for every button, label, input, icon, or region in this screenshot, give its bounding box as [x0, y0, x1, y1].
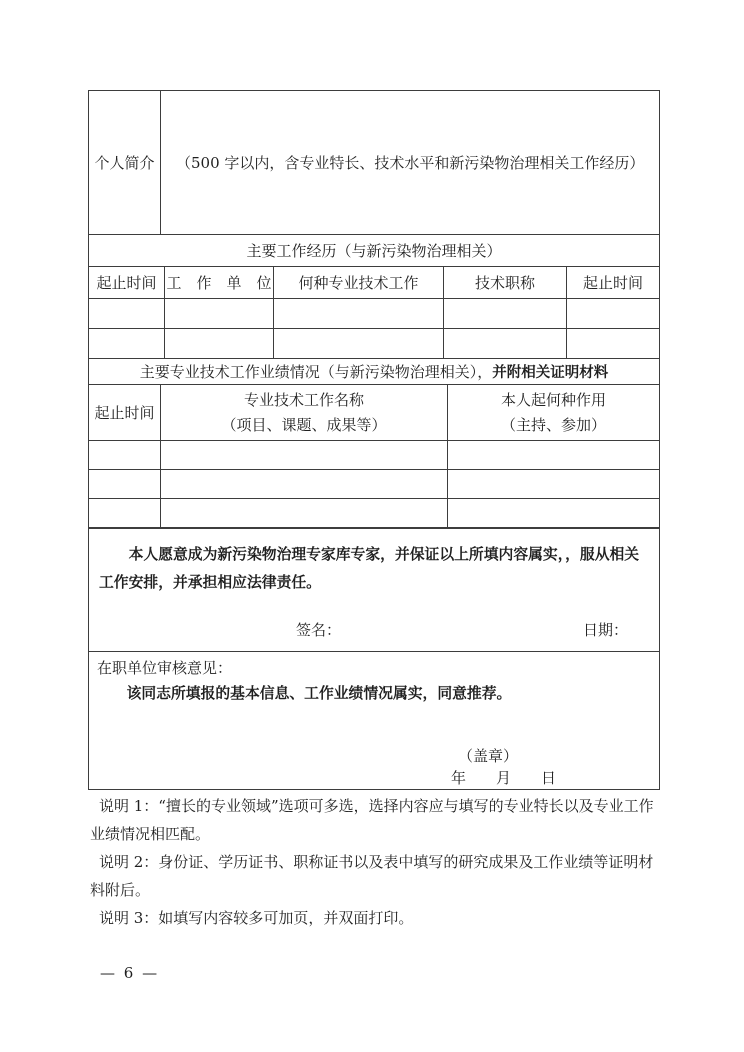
blank-cell	[273, 299, 443, 328]
achievements-title-regular: 主要专业技术工作业绩情况（与新污染物治理相关），	[140, 361, 493, 382]
header-start-end-time: 起止时间	[89, 267, 164, 298]
footnote-1: 说明 1：“擅长的专业领域”选项可多选，选择内容应与填写的专业特长以及专业工作业…	[90, 792, 662, 848]
blank-cell	[164, 299, 273, 328]
declaration-section: 本人愿意成为新污染物治理专家库专家，并保证以上所填内容属实，，服从相关工作安排，…	[89, 529, 659, 651]
unit-review-section: 在职单位审核意见： 该同志所填报的基本信息、工作业绩情况属实，同意推荐。 （盖章…	[89, 651, 659, 789]
blank-cell	[447, 470, 659, 498]
header-start-end-time-2: 起止时间	[566, 267, 659, 298]
footnotes: 说明 1：“擅长的专业领域”选项可多选，选择内容应与填写的专业特长以及专业工作业…	[90, 792, 662, 932]
header-technical-work-type: 何种专业技术工作	[273, 267, 443, 298]
work-history-blank-row	[89, 328, 659, 358]
achievements-header-row: 起止时间 专业技术工作名称 （项目、课题、成果等） 本人起何种作用 （主持、参加…	[89, 384, 659, 440]
header-technical-title: 技术职称	[443, 267, 566, 298]
achievements-section-title: 主要专业技术工作业绩情况（与新污染物治理相关），并附相关证明材料	[89, 358, 659, 384]
blank-cell	[89, 299, 164, 328]
work-history-header-row: 起止时间 工 作 单 位 何种专业技术工作 技术职称 起止时间	[89, 266, 659, 298]
blank-cell	[89, 499, 160, 527]
blank-cell	[566, 329, 659, 358]
footnote-3: 说明 3：如填写内容较多可加页，并双面打印。	[90, 904, 662, 932]
footnote-2: 说明 2：身份证、学历证书、职称证书以及表中填写的研究成果及工作业绩等证明材料附…	[90, 848, 662, 904]
blank-cell	[160, 470, 447, 498]
unit-review-title: 在职单位审核意见：	[97, 657, 651, 680]
personal-profile-hint: （500 字以内，含专业特长、技术水平和新污染物治理相关工作经历）	[160, 91, 659, 234]
document-page: 个人简介 （500 字以内，含专业特长、技术水平和新污染物治理相关工作经历） 主…	[0, 0, 744, 1052]
achievements-blank-row	[89, 440, 659, 469]
blank-cell	[443, 299, 566, 328]
header-work-unit: 工 作 单 位	[164, 267, 273, 298]
declaration-review-box: 本人愿意成为新污染物治理专家库专家，并保证以上所填内容属实，，服从相关工作安排，…	[88, 528, 660, 790]
personal-profile-label: 个人简介	[89, 91, 160, 234]
work-history-blank-row	[89, 298, 659, 328]
achievements-blank-row	[89, 469, 659, 498]
blank-cell	[273, 329, 443, 358]
blank-cell	[160, 499, 447, 527]
blank-cell	[447, 499, 659, 527]
signature-date-row: 签名： 日期：	[89, 619, 659, 641]
blank-cell	[160, 441, 447, 469]
blank-cell	[443, 329, 566, 358]
personal-profile-row: 个人简介 （500 字以内，含专业特长、技术水平和新污染物治理相关工作经历）	[89, 91, 659, 234]
blank-cell	[164, 329, 273, 358]
header-personal-role: 本人起何种作用 （主持、参加）	[447, 385, 659, 440]
header-line2: （项目、课题、成果等）	[221, 414, 386, 436]
year-month-day-line: 年 月 日	[451, 767, 556, 788]
blank-cell	[89, 441, 160, 469]
seal-label: （盖章）	[458, 745, 518, 766]
date-label: 日期：	[583, 619, 628, 640]
header-line2: （主持、参加）	[501, 414, 606, 436]
unit-review-statement: 该同志所填报的基本信息、工作业绩情况属实，同意推荐。	[97, 682, 651, 705]
signature-label: 签名：	[296, 619, 341, 640]
blank-cell	[89, 329, 164, 358]
blank-cell	[447, 441, 659, 469]
declaration-text: 本人愿意成为新污染物治理专家库专家，并保证以上所填内容属实，，服从相关工作安排，…	[89, 541, 659, 597]
achievements-blank-row	[89, 498, 659, 527]
page-number: — 6 —	[100, 964, 159, 982]
blank-cell	[89, 470, 160, 498]
header-technical-work-name: 专业技术工作名称 （项目、课题、成果等）	[160, 385, 447, 440]
header-line1: 本人起何种作用	[501, 389, 606, 411]
blank-cell	[566, 299, 659, 328]
header-line1: 专业技术工作名称	[244, 389, 364, 411]
header-start-end-time-3: 起止时间	[89, 385, 160, 440]
achievements-title-bold: 并附相关证明材料	[492, 361, 608, 382]
application-form-table: 个人简介 （500 字以内，含专业特长、技术水平和新污染物治理相关工作经历） 主…	[88, 90, 660, 528]
work-history-section-title: 主要工作经历（与新污染物治理相关）	[89, 234, 659, 266]
